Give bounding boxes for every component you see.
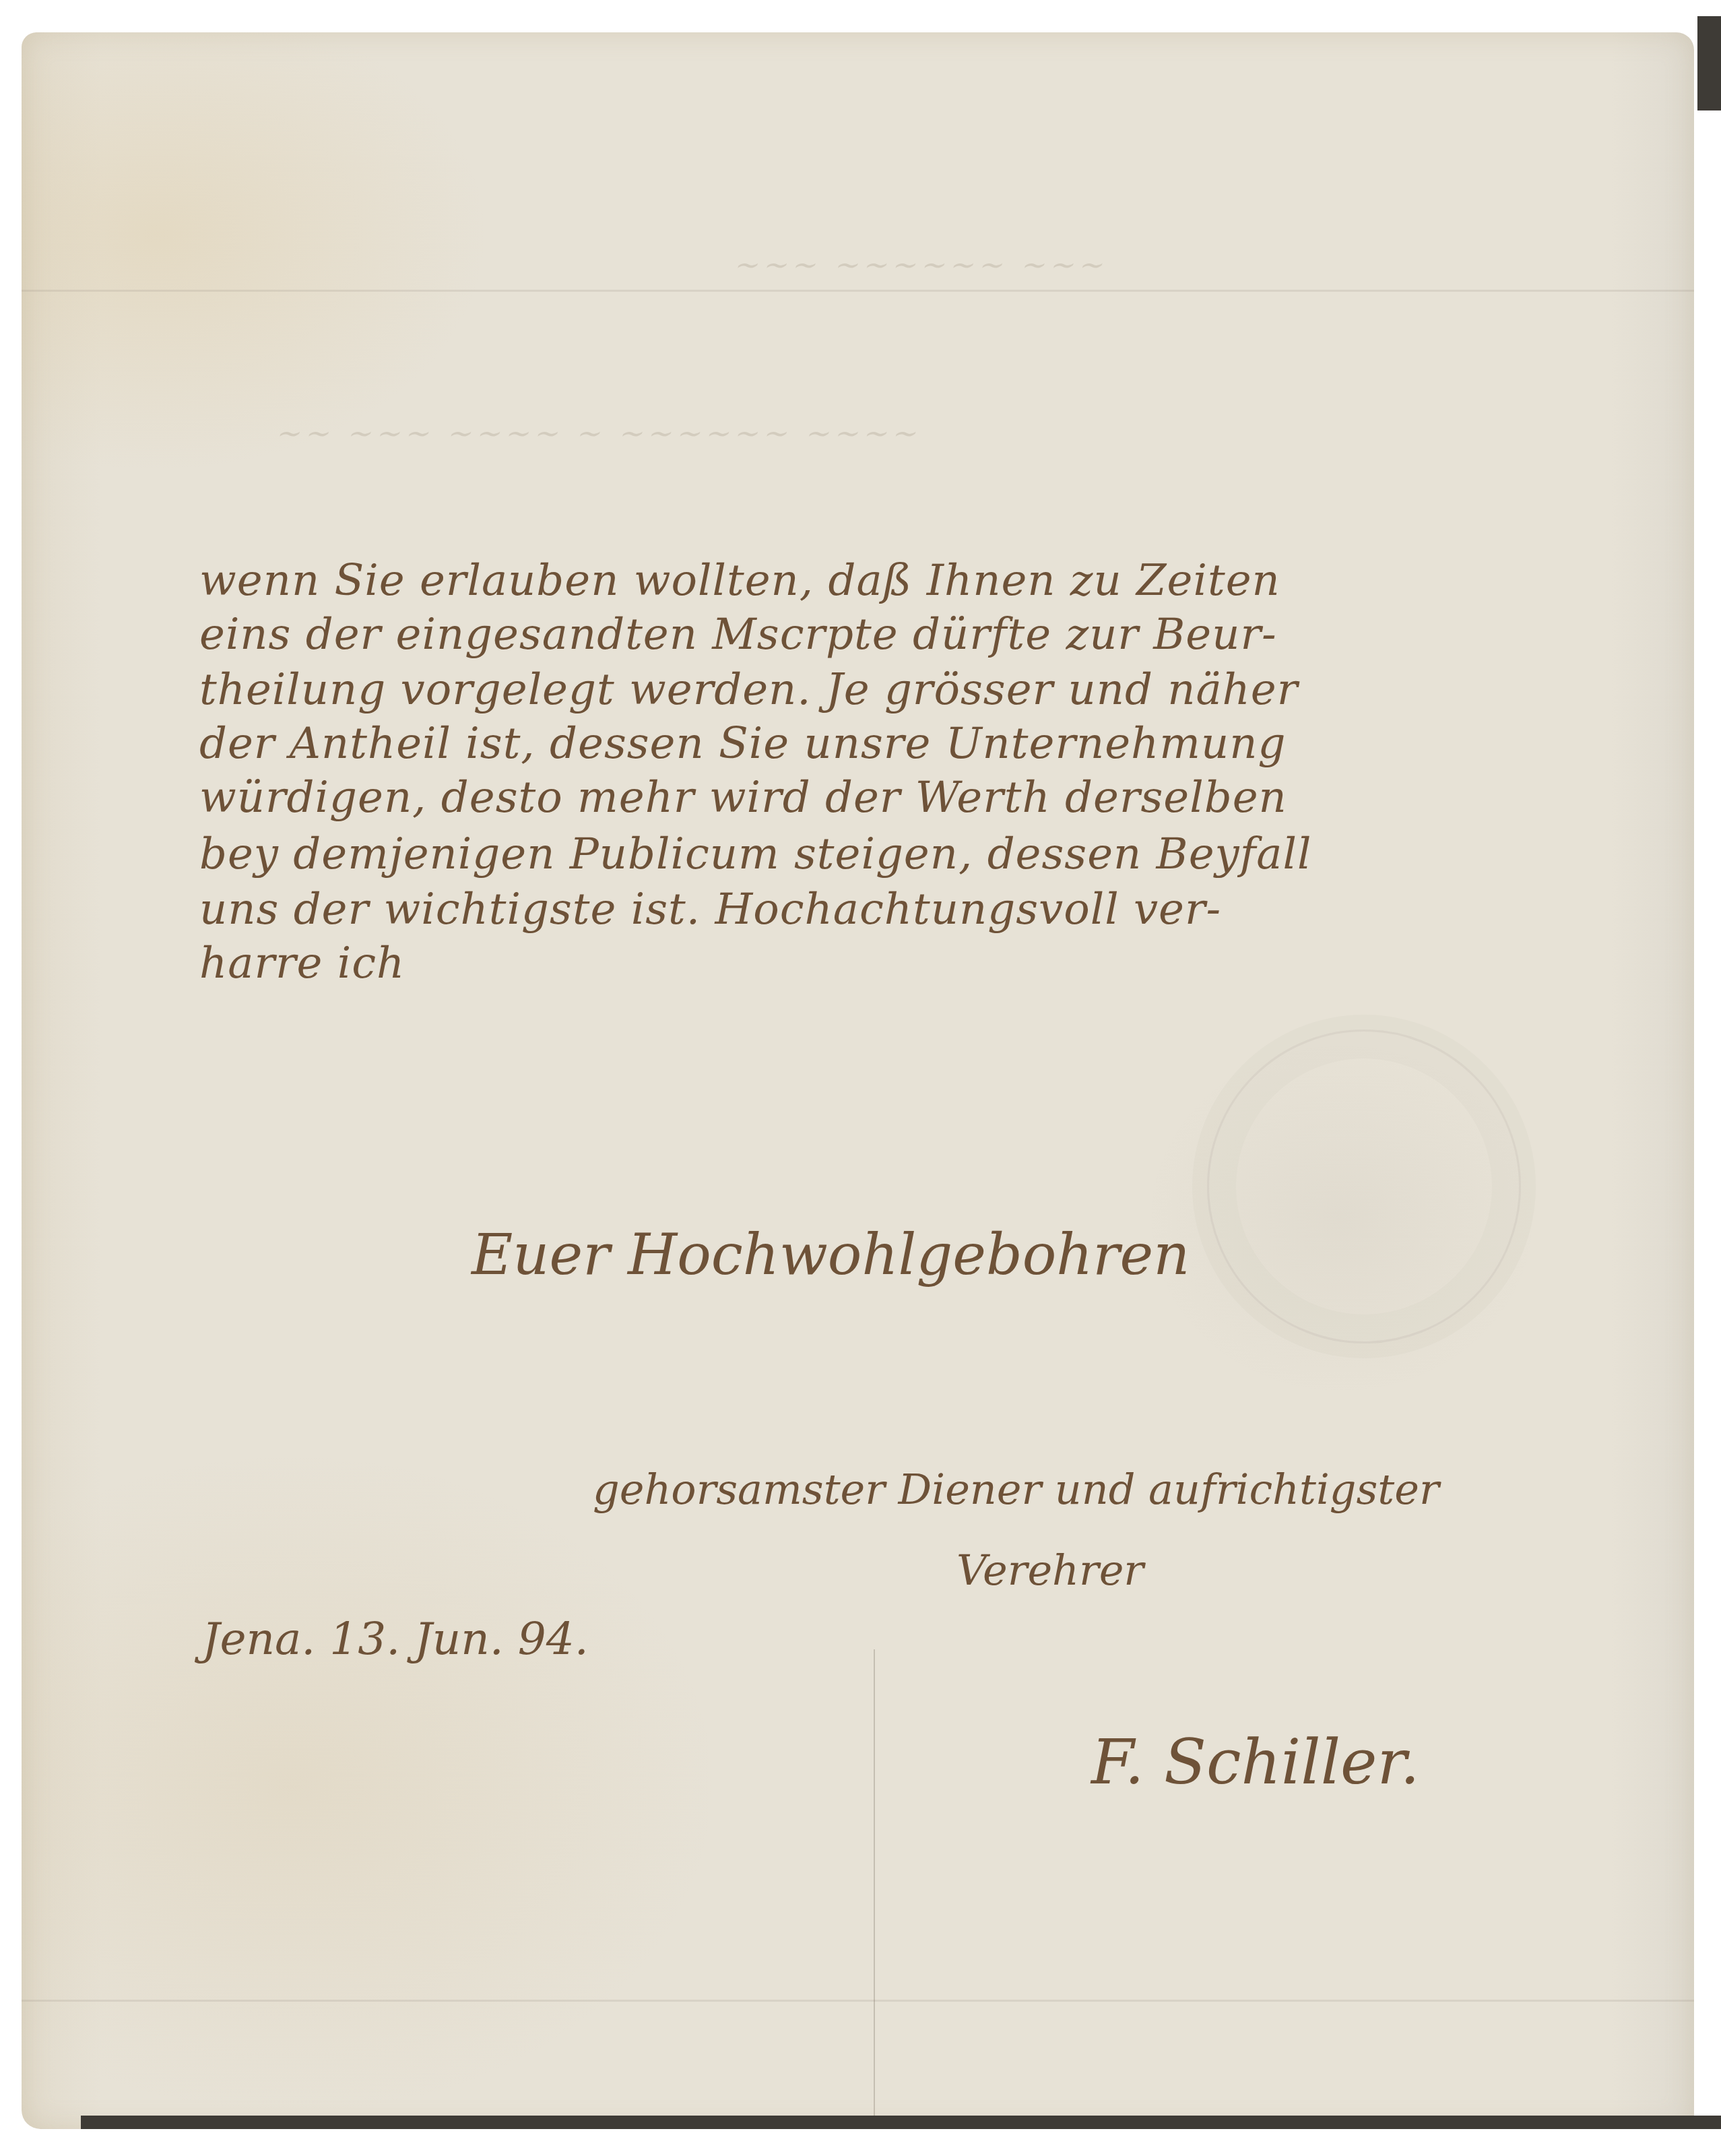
signature: F. Schiller. xyxy=(1091,1732,1420,1794)
letter-body-line: der Antheil ist, dessen Sie unsre Untern… xyxy=(199,722,1286,765)
date-place: Jena. 13. Jun. 94. xyxy=(202,1617,589,1661)
paper-crease xyxy=(874,1649,875,2129)
letter-body-line: würdigen, desto mehr wird der Werth ders… xyxy=(199,776,1287,819)
scan-edge-shadow xyxy=(1697,16,1721,110)
stamp-impression xyxy=(1207,1029,1521,1343)
closing-formula: gehorsamster Diener und aufrichtigster xyxy=(593,1469,1439,1511)
letter-page: ~~~ ~~~~~~ ~~~ ~~ ~~~ ~~~~ ~ ~~~~~~ ~~~~ xyxy=(22,32,1694,2129)
paper-fold-line xyxy=(22,2000,1694,2002)
scan-edge-shadow xyxy=(81,2116,1721,2129)
closing-formula-continued: Verehrer xyxy=(956,1550,1144,1591)
letter-body-line: theilung vorgelegt werden. Je grösser un… xyxy=(199,668,1298,711)
letter-body-line: uns der wichtigste ist. Hochachtungsvoll… xyxy=(199,888,1221,931)
salutation: Euer Hochwohlgebohren xyxy=(472,1226,1190,1283)
letter-body-line: wenn Sie erlauben wollten, daß Ihnen zu … xyxy=(199,559,1280,602)
letter-body-line: eins der eingesandten Mscrpte dürfte zur… xyxy=(199,613,1277,656)
show-through-marks: ~~~ ~~~~~~ ~~~ xyxy=(730,248,1115,282)
show-through-marks: ~~ ~~~ ~~~~ ~ ~~~~~~ ~~~~ xyxy=(272,416,928,451)
letter-body-line: harre ich xyxy=(199,942,405,985)
letter-body-line: bey demjenigen Publicum steigen, dessen … xyxy=(199,833,1311,876)
paper-fold-line xyxy=(22,290,1694,292)
